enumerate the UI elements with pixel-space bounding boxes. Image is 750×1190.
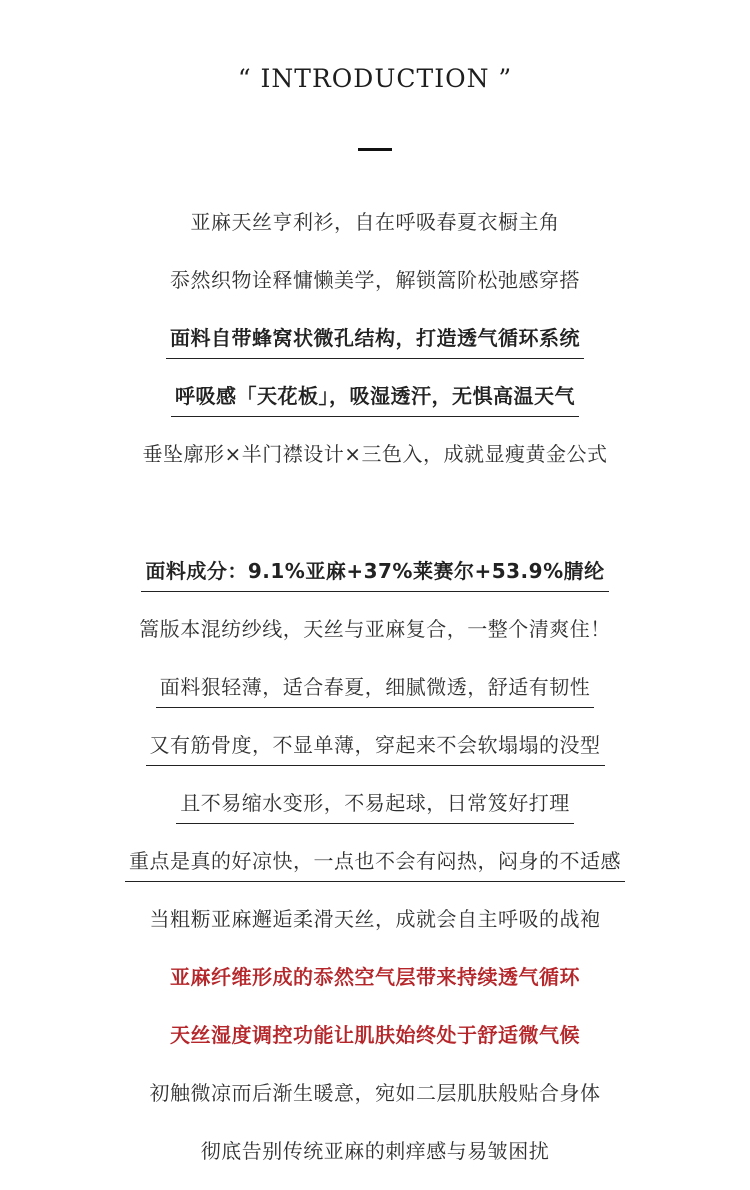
fabric-line: 初触微凉而后渐生暖意，宛如二层肌肤般贴合身体	[0, 1079, 750, 1107]
intro-line-text: 呼吸感「天花板」，吸湿透汗，无惧高温天气	[171, 382, 579, 417]
intro-line-text: 垂坠廓形×半门襟设计×三色入，成就显瘦黄金公式	[138, 440, 611, 474]
fabric-line-text: 又有筋骨度，不显单薄，穿起来不会软塌塌的没型	[146, 731, 605, 766]
fabric-line: 篙版本混纺纱线，天丝与亚麻复合，一整个清爽住！	[0, 615, 750, 643]
fabric-line-text: 面料狠轻薄，适合春夏，细腻微透，舒适有韧性	[156, 673, 595, 708]
fabric-line-text: 且不易缩水变形，不易起球，日常笈好打理	[176, 789, 574, 824]
fabric-line: 彻底告别传统亚麻的刺痒感与易皱困扰	[0, 1137, 750, 1165]
intro-line: 亚麻天丝亨利衫，自在呼吸春夏衣橱主角	[0, 208, 750, 236]
fabric-line: 重点是真的好凉快，一点也不会有闷热，闷身的不适感	[0, 847, 750, 875]
intro-line: 垂坠廓形×半门襟设计×三色入，成就显瘦黄金公式	[0, 440, 750, 468]
intro-line-text: 忝然织物诠释慵懒美学，解锁篙阶松弛感穿搭	[166, 266, 584, 300]
fabric-line: 当粗粝亚麻邂逅柔滑天丝，成就会自主呼吸的战袍	[0, 905, 750, 933]
fabric-line-text: 当粗粝亚麻邂逅柔滑天丝，成就会自主呼吸的战袍	[146, 905, 605, 939]
fabric-line-text: 重点是真的好凉快，一点也不会有闷热，闷身的不适感	[125, 847, 625, 882]
fabric-line: 面料狠轻薄，适合春夏，细腻微透，舒适有韧性	[0, 673, 750, 701]
fabric-line-accent: 天丝湿度调控功能让肌肤始终处于舒适微气候	[0, 1021, 750, 1049]
intro-line: 忝然织物诠释慵懒美学，解锁篙阶松弛感穿搭	[0, 266, 750, 294]
fabric-line: 且不易缩水变形，不易起球，日常笈好打理	[0, 789, 750, 817]
fabric-line-text: 彻底告别传统亚麻的刺痒感与易皱困扰	[197, 1137, 554, 1171]
fabric-line-text: 面料成分：9.1%亚麻+37%莱赛尔+53.9%腈纶	[141, 557, 608, 592]
fabric-line: 又有筋骨度，不显单薄，穿起来不会软塌塌的没型	[0, 731, 750, 759]
fabric-line-text: 天丝湿度调控功能让肌肤始终处于舒适微气候	[166, 1021, 584, 1055]
fabric-line-text: 篙版本混纺纱线，天丝与亚麻复合，一整个清爽住！	[135, 615, 615, 649]
intro-line-highlight: 面料自带蜂窝状微孔结构，打造透气循环系统	[0, 324, 750, 352]
fabric-line-accent: 亚麻纤维形成的忝然空气层带来持续透气循环	[0, 963, 750, 991]
intro-line-text: 面料自带蜂窝状微孔结构，打造透气循环系统	[166, 324, 584, 359]
title-divider	[358, 148, 392, 151]
intro-title: “ INTRODUCTION ”	[0, 64, 750, 93]
product-intro-page: “ INTRODUCTION ” 亚麻天丝亨利衫，自在呼吸春夏衣橱主角 忝然织物…	[0, 0, 750, 1190]
fabric-line-text: 初触微凉而后渐生暖意，宛如二层肌肤般贴合身体	[146, 1079, 605, 1113]
fabric-composition: 面料成分：9.1%亚麻+37%莱赛尔+53.9%腈纶	[0, 557, 750, 585]
fabric-line-text: 亚麻纤维形成的忝然空气层带来持续透气循环	[166, 963, 584, 997]
intro-line-highlight: 呼吸感「天花板」，吸湿透汗，无惧高温天气	[0, 382, 750, 410]
intro-line-text: 亚麻天丝亨利衫，自在呼吸春夏衣橱主角	[187, 208, 564, 242]
